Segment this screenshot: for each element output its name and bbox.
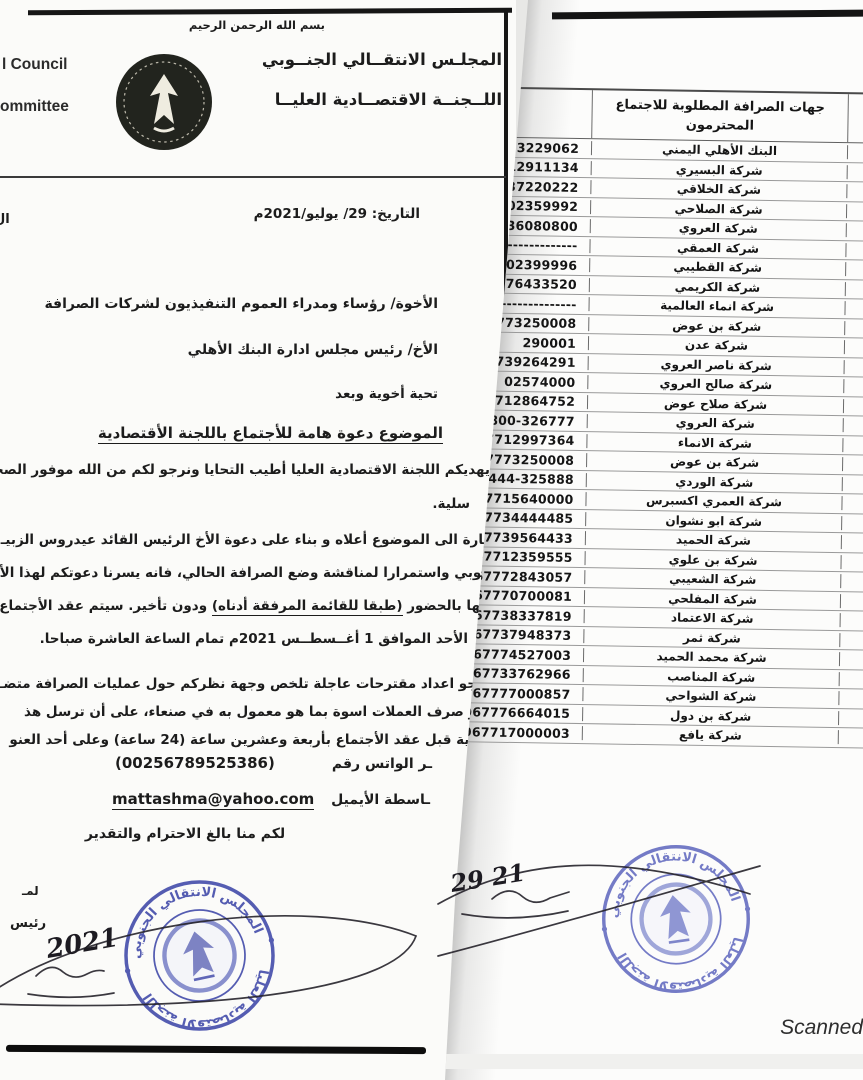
scanned-photo-of-two-documents: { "letter": { "basmala": "بسم الله الرحم… xyxy=(0,0,863,1080)
body-line-2d-meeting-date: الأحد الموافق 1 أغــسطــس 2021م تمام الس… xyxy=(40,631,468,647)
row-company: شركة عدن xyxy=(588,336,845,354)
row-company: شركة محمد الحميد xyxy=(583,648,840,666)
list-page-top-rule xyxy=(552,10,863,20)
header-extra-cell xyxy=(848,94,863,143)
row-extra-cell xyxy=(846,269,863,270)
body-line-3c: ـادية قبل عقد الأجتماع بأربعة وعشرين ساع… xyxy=(9,732,486,748)
letter-page: بسم الله الرحمن الرحيم l Council ommitte… xyxy=(0,0,516,1080)
row-extra-cell xyxy=(844,406,863,407)
body-line-1a: يهديكم اللجنة الاقتصادية العليا أطيب الت… xyxy=(0,462,490,478)
row-company: شركة بن عوض xyxy=(586,453,843,471)
row-company: شركة صلاح عوض xyxy=(587,395,844,413)
row-company: شركة بن عوض xyxy=(588,317,845,335)
row-extra-cell xyxy=(845,328,863,329)
row-company: شركة انماء العالمية xyxy=(588,297,845,315)
row-extra-cell xyxy=(843,464,863,465)
row-extra-cell xyxy=(843,484,863,485)
row-extra-cell xyxy=(841,581,863,582)
left-margin-fragment: ال xyxy=(0,212,10,227)
row-extra-cell xyxy=(843,445,863,446)
row-extra-cell xyxy=(839,718,863,719)
scanner-footer-strip xyxy=(440,1054,863,1069)
row-extra-cell xyxy=(848,152,863,153)
header-company-cell: جهات الصرافة المطلوبة للاجتماع المحترمون xyxy=(591,90,849,142)
row-extra-cell xyxy=(842,503,863,504)
row-extra-cell xyxy=(847,211,863,212)
row-company: شركة بن دول xyxy=(582,707,839,725)
row-extra-cell xyxy=(846,308,863,309)
body-line-2c-post: ودون تأخير. سيتم عقد الأجتماع فـ xyxy=(0,598,212,614)
row-company: شركة الشواحي xyxy=(582,687,839,705)
body-line-2c: ـها بالحضور (طبقا للقائمة المرفقة أدناه)… xyxy=(0,598,485,614)
row-extra-cell xyxy=(841,620,863,621)
row-company: شركة ابو نشوان xyxy=(585,512,842,530)
row-company: شركة صالح العروي xyxy=(587,375,844,393)
row-extra-cell xyxy=(839,737,863,738)
row-company: شركة البسيري xyxy=(591,161,848,179)
row-extra-cell xyxy=(840,679,863,680)
official-round-stamp-left: المجلس الانتقالي الجنوبي اللجنة الاقتصاد… xyxy=(96,852,304,1060)
salutation-line: تحية أخوية وبعد xyxy=(335,386,438,402)
row-company: شركة الصلاحي xyxy=(590,200,847,218)
email-address-text: mattashma@yahoo.com xyxy=(112,790,314,810)
row-extra-cell xyxy=(842,562,863,563)
whatsapp-label: ـر الواتس رقم xyxy=(332,756,432,772)
row-company: شركة الانماء xyxy=(586,434,843,452)
row-extra-cell xyxy=(847,230,863,231)
row-company: شركة ثمر xyxy=(583,629,840,647)
row-extra-cell xyxy=(847,191,863,192)
org-name-english-line2: ommittee xyxy=(0,98,69,116)
header-divider-rule xyxy=(0,176,506,178)
row-company: شركة العمقي xyxy=(589,239,846,257)
body-line-3b: ـار صرف العملات اسوة بما هو معمول به في … xyxy=(24,704,486,720)
row-company: شركة الكريمي xyxy=(589,278,846,296)
row-extra-cell xyxy=(839,698,863,699)
org-name-arabic-line2: اللــجنــة الاقتصــادية العليــا xyxy=(275,90,502,109)
letter-footer-rule xyxy=(6,1045,426,1054)
addressee-line-2: الأخ/ رئيس مجلس ادارة البنك الأهلي xyxy=(188,342,438,358)
letterhead-top-border xyxy=(28,8,512,16)
org-name-english-line1: l Council xyxy=(2,56,67,74)
whatsapp-number: (00256789525386) xyxy=(115,754,275,772)
signature-fragment-2: رئيس xyxy=(10,916,46,931)
row-company: شركة الخلاقي xyxy=(590,180,847,198)
row-company: شركة الوردي xyxy=(586,473,843,491)
row-company: شركة ناصر العروي xyxy=(588,356,845,374)
row-company: شركة المفلحي xyxy=(584,590,841,608)
body-line-2c-pre: ـها بالحضور xyxy=(403,598,485,614)
row-extra-cell xyxy=(845,347,863,348)
row-extra-cell xyxy=(841,601,863,602)
row-extra-cell xyxy=(846,289,863,290)
row-company: شركة العمري اكسبرس xyxy=(585,492,842,510)
email-address: mattashma@yahoo.com xyxy=(112,790,314,808)
row-company: شركة العروي xyxy=(587,414,844,432)
official-round-stamp-right: المجلس الانتقالي الجنوبي اللجنة الاقتصاد… xyxy=(579,822,773,1016)
table-title-line2: المحترمون xyxy=(592,114,847,138)
row-extra-cell xyxy=(846,250,863,251)
row-company: شركة يافع xyxy=(582,726,839,744)
row-company: شركة المناصب xyxy=(583,668,840,686)
attached-list-underlined: (طبقا للقائمة المرفقة أدناه) xyxy=(212,598,403,616)
row-extra-cell xyxy=(844,425,863,426)
subject-line: الموضوع دعوة هامة للأجتماع باللجنة الأقت… xyxy=(98,424,443,442)
row-extra-cell xyxy=(842,523,863,524)
row-extra-cell xyxy=(840,640,863,641)
row-company: شركة الاعتماد xyxy=(584,609,841,627)
row-company: شركة بن علوي xyxy=(584,551,841,569)
closing-line: لكم منا بالغ الاحترام والتقدير xyxy=(55,826,315,842)
row-company: البنك الأهلي اليمني xyxy=(591,141,848,159)
row-extra-cell xyxy=(848,172,863,173)
signature-fragment-1: لمـ xyxy=(22,884,39,898)
row-company: شركة القطيبي xyxy=(589,258,846,276)
basmala-text: بسم الله الرحمن الرحيم xyxy=(205,18,325,32)
row-company: شركة الشعيبي xyxy=(584,570,841,588)
subject-text: الموضوع دعوة هامة للأجتماع باللجنة الأقت… xyxy=(98,424,443,444)
row-extra-cell xyxy=(845,367,863,368)
body-line-3a: ـرجو اعداد مقترحات عاجلة تلخص وجهة نظركم… xyxy=(0,676,490,692)
row-company: شركة العروي xyxy=(590,219,847,237)
email-label: ـاسطة الأيميل xyxy=(331,792,430,808)
scanned-watermark: Scanned xyxy=(758,1016,863,1040)
addressee-line-1: الأخوة/ رؤساء ومدراء العموم التنفيذيون ل… xyxy=(44,296,438,312)
date-line: التاريخ: 29/ يوليو/2021م xyxy=(254,206,420,222)
row-extra-cell xyxy=(844,386,863,387)
row-extra-cell xyxy=(840,659,863,660)
body-line-2b: ـوبي واستمرارا لمناقشة وضع الصرافة الحال… xyxy=(0,565,486,581)
row-company: شركة الحميد xyxy=(585,531,842,549)
body-line-2a: ـارة الى الموضوع أعلاه و بناء على دعوة ا… xyxy=(1,532,488,548)
stc-eagle-emblem-logo xyxy=(114,52,214,152)
row-extra-cell xyxy=(842,542,863,543)
org-name-arabic-line1: المجلـس الانتقــالي الجنــوبي xyxy=(262,50,502,69)
body-line-1b: سلية. xyxy=(432,496,470,512)
